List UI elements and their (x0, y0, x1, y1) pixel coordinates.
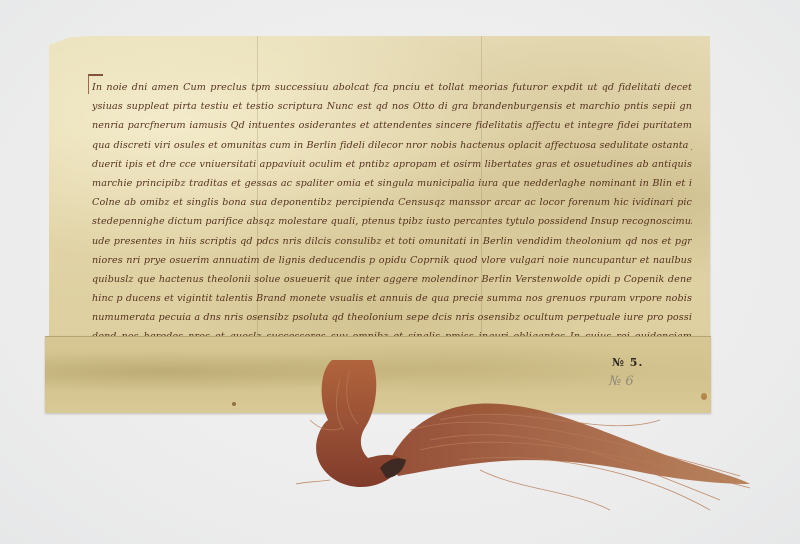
text-line-5: duerit ipis et dre cce vniuersitati appa… (92, 155, 692, 174)
text-line-11: quibuslz que hactenus theolonii solue os… (92, 270, 692, 289)
text-line-6: marchie principibz traditas et gessas ac… (92, 174, 692, 193)
text-line-9: ude presentes in hiis scriptis qd pdcs n… (92, 232, 692, 251)
text-line-3: nenria parcfnerum iamusis Qd intuentes o… (92, 116, 692, 135)
text-line-8: stedepennighe dictum parifice absqz mole… (92, 212, 692, 231)
stain-mark (232, 402, 236, 406)
text-line-13: numumerata pecuia a dns nris osensibz ps… (92, 308, 692, 327)
text-line-4: qua discreti viri osules et omunitas cum… (92, 136, 692, 155)
text-line-1: In noie dni amen Cum preclus tpm success… (92, 78, 692, 97)
text-line-2: ysiuas suppleat pirta testiu et testio s… (92, 97, 692, 116)
seal-cord-tassel-icon (280, 360, 760, 520)
text-line-10: niores nri prye osuerim annuatim de lign… (92, 251, 692, 270)
text-line-7: Colne ab omibz et singlis bona sua depon… (92, 193, 692, 212)
text-line-12: hinc p ducens et vigintit talentis Brand… (92, 289, 692, 308)
